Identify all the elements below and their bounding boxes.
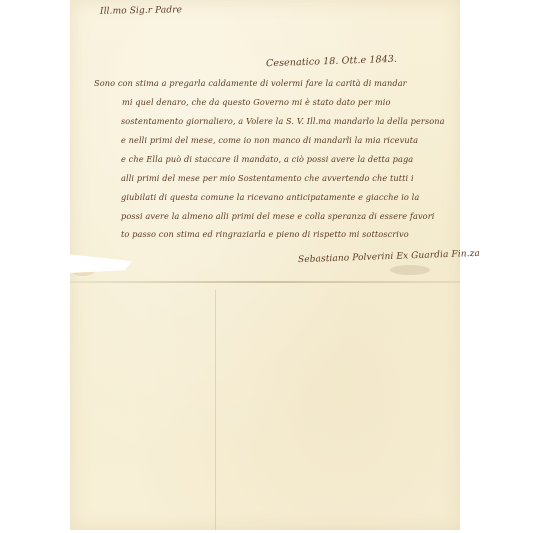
paper-stain [390,265,430,275]
letter-line: alli primi del mese per mio Sostentament… [121,173,414,183]
letter-line: to passo con stima ed ringraziarla e pie… [121,229,409,239]
letter-line: possi avere la almeno alli primi del mes… [121,211,434,221]
letter-line: giubilati di questa comune la ricevano a… [121,192,419,202]
paper-stain [70,262,96,276]
letter-line: mi quel denaro, che da questo Governo mi… [122,97,391,107]
document-viewer: Ill.mo Sig.r Padre Cesenatico 18. Ott.e … [0,0,533,533]
letter-line: e che Ella può di staccare il mandato, a… [121,154,413,164]
letter-line: Sono con stima a pregarla caldamente di … [94,78,407,88]
letter-line: e nelli primi del mese, come io non manc… [121,135,418,145]
fold-crease-vertical [215,290,216,530]
letter-line: sostentamento giornaliero, a Volere la S… [121,116,445,126]
salutation: Ill.mo Sig.r Padre [100,5,182,16]
fold-crease-horizontal [70,281,460,283]
